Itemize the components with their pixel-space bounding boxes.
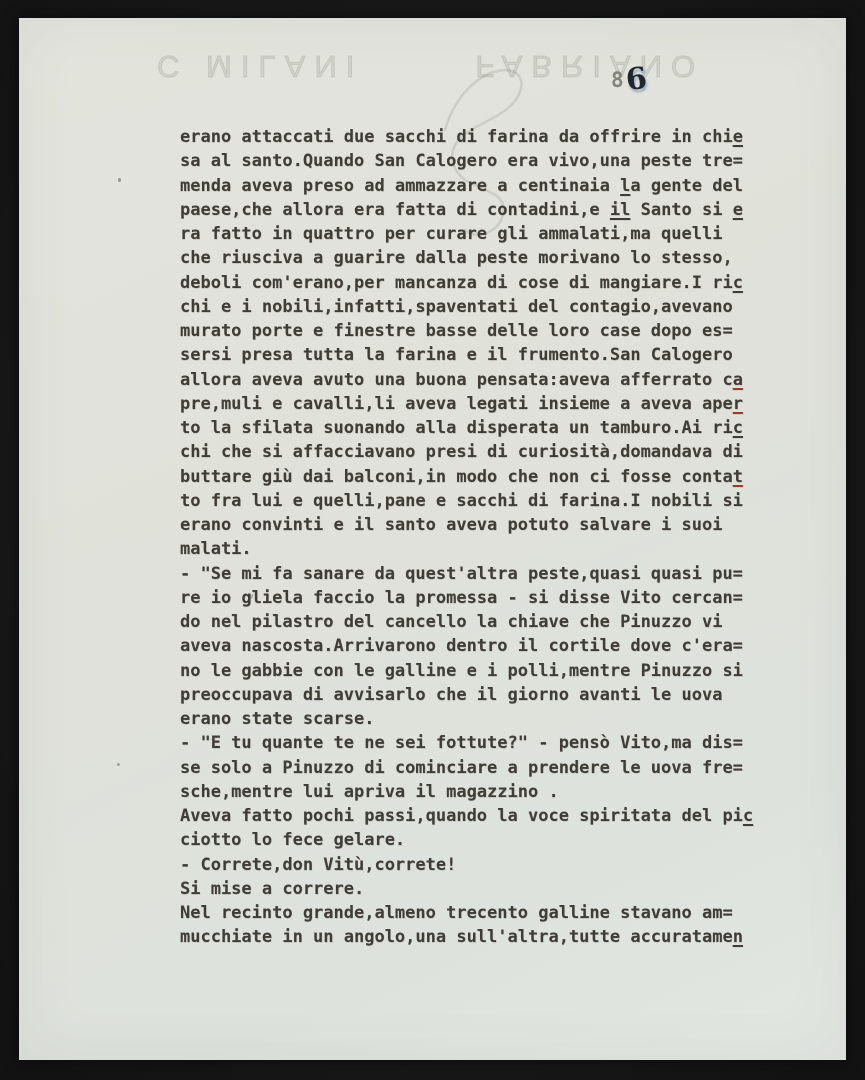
underlined-text-segment: r <box>733 394 743 414</box>
text-segment: aveva nascosta.Arrivarono dentro il cort… <box>180 636 743 656</box>
text-line: ra fatto in quattro per curare gli ammal… <box>180 222 780 246</box>
paper-speck <box>118 178 121 182</box>
text-line: erano state scarse. <box>180 707 780 731</box>
text-line: mucchiate in un angolo,una sull'altra,tu… <box>180 925 780 949</box>
underlined-text-segment: l <box>620 176 630 196</box>
text-line: allora aveva avuto una buona pensata:ave… <box>180 368 780 392</box>
text-line: se solo a Pinuzzo di cominciare a prende… <box>180 756 780 780</box>
text-line: sche,mentre lui apriva il magazzino . <box>180 780 780 804</box>
text-segment: sersi presa tutta la farina e il frument… <box>180 345 733 365</box>
text-segment: buttare giù dai balconi,in modo che non … <box>180 467 733 487</box>
text-segment: allora aveva avuto una buona pensata:ave… <box>180 370 733 390</box>
underlined-text-segment: il <box>610 200 630 220</box>
text-line: re io gliela faccio la promessa - si dis… <box>180 586 780 610</box>
text-segment: erano convinti e il santo aveva potuto s… <box>180 515 722 535</box>
text-line: do nel pilastro del cancello la chiave c… <box>180 610 780 634</box>
text-line: - Correte,don Vitù,correte! <box>180 853 780 877</box>
text-segment: chi e i nobili,infatti,spaventati del co… <box>180 297 733 317</box>
text-segment: se solo a Pinuzzo di cominciare a prende… <box>180 758 743 778</box>
scanned-page-background: { "page": { "background_color": "#161616… <box>0 0 865 1080</box>
text-segment: to la sfilata suonando alla disperata un… <box>180 418 733 438</box>
text-line: chi e i nobili,infatti,spaventati del co… <box>180 295 780 319</box>
text-segment: a gente del <box>630 176 743 196</box>
text-segment: no le gabbie con le galline e i polli,me… <box>180 661 743 681</box>
watermark-text-right: FABRIANO <box>475 48 704 84</box>
text-line: Nel recinto grande,almeno trecento galli… <box>180 901 780 925</box>
text-segment: re io gliela faccio la promessa - si dis… <box>180 588 743 608</box>
underlined-text-segment: t <box>733 467 743 487</box>
text-segment: chi che si affacciavano presi di curiosi… <box>180 442 743 462</box>
page-number: 8 6 <box>611 68 624 108</box>
typewritten-text-block: erano attaccati due sacchi di farina da … <box>180 125 780 950</box>
text-line: preoccupava di avvisarlo che il giorno a… <box>180 683 780 707</box>
text-line: menda aveva preso ad ammazzare a centina… <box>180 174 780 198</box>
text-line: sersi presa tutta la farina e il frument… <box>180 343 780 367</box>
underlined-text-segment: n <box>733 927 743 947</box>
text-line: erano convinti e il santo aveva potuto s… <box>180 513 780 537</box>
text-segment: - "E tu quante te ne sei fottute?" - pen… <box>180 733 743 753</box>
text-line: aveva nascosta.Arrivarono dentro il cort… <box>180 634 780 658</box>
text-line: sa al santo.Quando San Calogero era vivo… <box>180 149 780 173</box>
page-number-typed: 8 <box>611 68 624 92</box>
page-number-handwritten: 6 <box>624 61 648 98</box>
text-line: to la sfilata suonando alla disperata un… <box>180 416 780 440</box>
text-line: che riusciva a guarire dalla peste moriv… <box>180 246 780 270</box>
underlined-text-segment: c <box>733 273 743 293</box>
text-segment: deboli com'erano,per mancanza di cose di… <box>180 273 733 293</box>
text-line: no le gabbie con le galline e i polli,me… <box>180 659 780 683</box>
text-line: chi che si affacciavano presi di curiosi… <box>180 440 780 464</box>
text-line: erano attaccati due sacchi di farina da … <box>180 125 780 149</box>
text-line: - "Se mi fa sanare da quest'altra peste,… <box>180 562 780 586</box>
text-segment: mucchiate in un angolo,una sull'altra,tu… <box>180 927 733 947</box>
text-line: to fra lui e quelli,pane e sacchi di far… <box>180 489 780 513</box>
text-segment: - "Se mi fa sanare da quest'altra peste,… <box>180 564 743 584</box>
underlined-text-segment: c <box>733 418 743 438</box>
text-line: buttare giù dai balconi,in modo che non … <box>180 465 780 489</box>
text-line: Si mise a correre. <box>180 877 780 901</box>
text-segment: malati. <box>180 539 252 559</box>
text-line: ciotto lo fece gelare. <box>180 828 780 852</box>
text-segment: sche,mentre lui apriva il magazzino . <box>180 782 559 802</box>
text-line: malati. <box>180 537 780 561</box>
text-segment: Nel recinto grande,almeno trecento galli… <box>180 903 733 923</box>
text-line: - "E tu quante te ne sei fottute?" - pen… <box>180 731 780 755</box>
paper-sheet: C MILANI FABRIANO 8 6 erano attaccati du… <box>19 18 846 1060</box>
text-segment: ra fatto in quattro per curare gli ammal… <box>180 224 722 244</box>
text-segment: pre,muli e cavalli,li aveva legati insie… <box>180 394 733 414</box>
text-segment: che riusciva a guarire dalla peste moriv… <box>180 248 733 268</box>
text-segment: sa al santo.Quando San Calogero era vivo… <box>180 151 743 171</box>
underlined-text-segment: e <box>733 127 743 147</box>
text-segment: ciotto lo fece gelare. <box>180 830 405 850</box>
text-segment: paese,che allora era fatta di contadini,… <box>180 200 610 220</box>
text-segment: erano state scarse. <box>180 709 374 729</box>
text-segment: Santo si <box>630 200 732 220</box>
underlined-text-segment: a <box>733 370 743 390</box>
text-line: Aveva fatto pochi passi,quando la voce s… <box>180 804 780 828</box>
text-line: deboli com'erano,per mancanza di cose di… <box>180 271 780 295</box>
text-segment: to fra lui e quelli,pane e sacchi di far… <box>180 491 743 511</box>
text-line: paese,che allora era fatta di contadini,… <box>180 198 780 222</box>
text-segment: menda aveva preso ad ammazzare a centina… <box>180 176 620 196</box>
underlined-text-segment: c <box>743 806 753 826</box>
watermark-text-left: C MILANI <box>157 48 363 84</box>
paper-speck <box>117 763 120 766</box>
text-segment: murato porte e finestre basse delle loro… <box>180 321 733 341</box>
text-line: murato porte e finestre basse delle loro… <box>180 319 780 343</box>
text-segment: Aveva fatto pochi passi,quando la voce s… <box>180 806 743 826</box>
text-segment: Si mise a correre. <box>180 879 364 899</box>
text-line: pre,muli e cavalli,li aveva legati insie… <box>180 392 780 416</box>
underlined-text-segment: e <box>733 200 743 220</box>
text-segment: erano attaccati due sacchi di farina da … <box>180 127 733 147</box>
text-segment: do nel pilastro del cancello la chiave c… <box>180 612 722 632</box>
text-segment: preoccupava di avvisarlo che il giorno a… <box>180 685 722 705</box>
text-segment: - Correte,don Vitù,correte! <box>180 855 456 875</box>
